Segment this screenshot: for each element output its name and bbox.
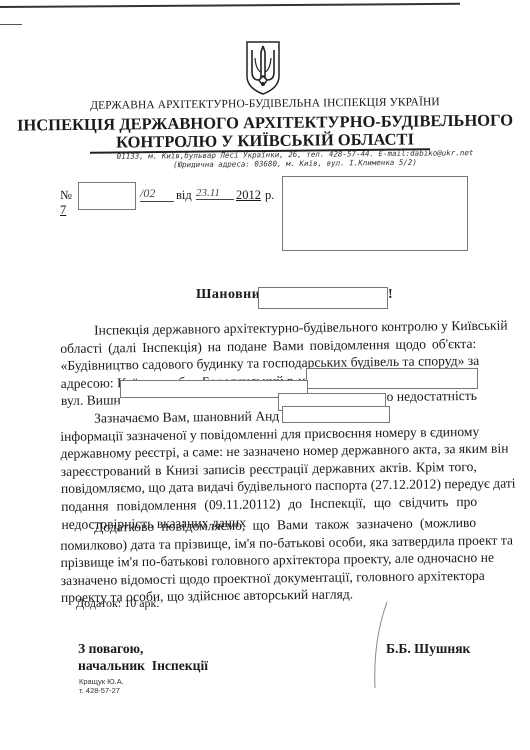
reference-year: 2012 <box>236 188 261 203</box>
signatory-name: Б.Б. Шушняк <box>386 641 470 657</box>
year-suffix: р. <box>265 188 274 203</box>
redacted-address-1 <box>306 368 478 389</box>
number-sign: № <box>60 188 72 202</box>
handwritten-date: 23.11 <box>196 187 234 200</box>
annex-note: Додаток: 10 арк. <box>76 596 159 611</box>
executor-block: Кращук Ю.А. т. 428-57-27 <box>79 677 124 695</box>
page-edge-mark <box>0 24 22 25</box>
reference-suffix: /02 <box>140 186 174 202</box>
executor-name: Кращук Ю.А. <box>79 677 124 686</box>
number-start: 7 <box>60 203 66 217</box>
trident-coat-of-arms-icon <box>245 40 281 95</box>
closing-block: З повагою, начальник Інспекції <box>78 640 208 674</box>
closing-greeting: З повагою, <box>78 640 208 657</box>
page-top-edge <box>0 3 460 8</box>
signatory-title: начальник Інспекції <box>78 657 208 674</box>
redacted-addressee-block <box>282 176 468 251</box>
reference-number: № 7 <box>60 188 72 218</box>
salutation-punctuation: ! <box>388 287 393 303</box>
redacted-addressee-name <box>258 287 388 309</box>
executor-phone: т. 428-57-27 <box>79 686 124 695</box>
from-label: від <box>176 188 192 203</box>
paragraph-3: Додатково повідомляємо, що Вами також за… <box>60 514 477 607</box>
redacted-addressee-name-2 <box>282 406 390 423</box>
redacted-reference-number <box>78 182 136 210</box>
street-fragment: вул. Вишн <box>61 393 121 409</box>
